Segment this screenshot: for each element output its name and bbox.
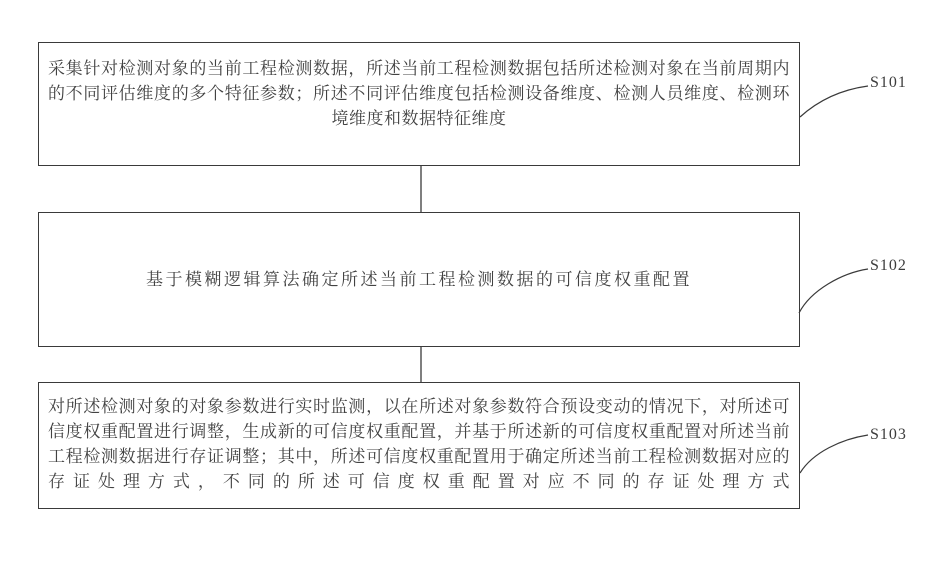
step-label-s103: S103 <box>870 426 907 444</box>
flow-step-box-s101: 采集针对检测对象的当前工程检测数据，所述当前工程检测数据包括所述检测对象在当前周… <box>38 42 800 166</box>
step-label-s101: S101 <box>870 74 907 92</box>
flow-step-box-s103: 对所述检测对象的对象参数进行实时监测，以在所述对象参数符合预设变动的情况下，对所… <box>38 382 800 509</box>
leader-line-s102 <box>799 269 868 313</box>
leader-line-s101 <box>800 86 868 117</box>
step-label-s102: S102 <box>870 257 907 275</box>
leader-line-s103 <box>800 435 868 473</box>
flow-step-box-s102: 基于模糊逻辑算法确定所述当前工程检测数据的可信度权重配置 <box>38 212 800 347</box>
flow-step-text-s102: 基于模糊逻辑算法确定所述当前工程检测数据的可信度权重配置 <box>146 267 692 292</box>
flowchart-figure: 采集针对检测对象的当前工程检测数据，所述当前工程检测数据包括所述检测对象在当前周… <box>0 0 928 561</box>
